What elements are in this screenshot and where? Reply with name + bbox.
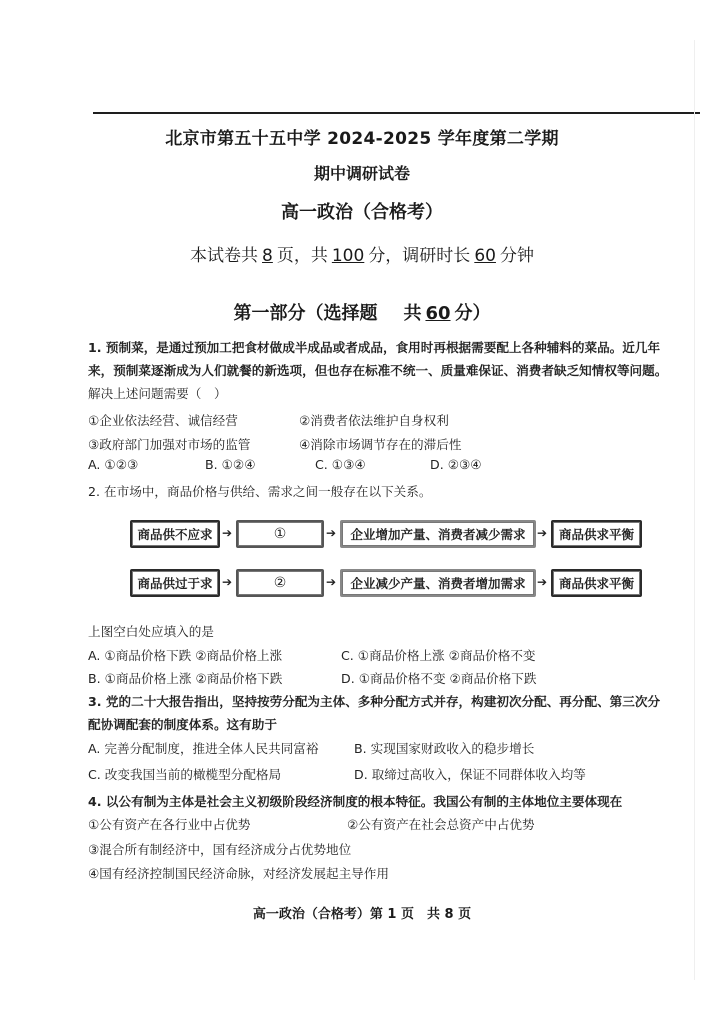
flow-box-increase-supply: 企业增加产量、消费者减少需求 [340,520,536,548]
arrow-icon: ➔ [537,526,547,540]
q4-stem: 4. 以公有制为主体是社会主义初级阶段经济制度的根本特征。我国公有制的主体地位主… [88,791,622,810]
flow-blank-2: ② [236,569,324,597]
q1-item-3: ③政府部门加强对市场的监管 [88,434,250,453]
q2-stem: 2. 在市场中，商品价格与供给、需求之间一般存在以下关系。 [88,481,431,500]
section-title: 第一部分（选择题共60分） [0,299,724,325]
q1-item-4: ④消除市场调节存在的滞后性 [299,434,461,453]
q4-item-4: ④国有经济控制国民经济命脉，对经济发展起主导作用 [88,863,389,882]
info-pages-unit: 页，共 [277,246,328,266]
q1-choice-c: C. ①③④ [315,457,366,472]
info-minutes-unit: 分钟 [500,246,534,266]
section-total-score: 60 [421,303,454,324]
header-rule [93,112,700,114]
q1-choice-a: A. ①②③ [88,457,138,472]
flow-box-balance: 商品供求平衡 [551,520,642,548]
section-total-prefix: 共 [403,303,421,324]
flow-box-surplus: 商品供过于求 [130,569,220,597]
q2-choice-a: A. ①商品价格下跌 ②商品价格上涨 [88,645,282,664]
total-score: 100 [328,246,368,266]
section-label: 第一部分（选择题 [233,303,377,324]
arrow-icon: ➔ [326,575,336,589]
flow-box-decrease-supply: 企业减少产量、消费者增加需求 [340,569,536,597]
q3-stem-line-2: 配协调配套的制度体系。这有助于 [88,714,277,733]
section-total-suffix: 分） [455,303,491,324]
arrow-icon: ➔ [326,526,336,540]
page-footer: 高一政治（合格考）第 1 页 共 8 页 [0,903,724,922]
q1-item-2: ②消费者依法维护自身权利 [299,410,449,429]
flow-box-shortage: 商品供不应求 [130,520,220,548]
exam-name: 期中调研试卷 [0,161,724,184]
q1-item-1: ①企业依法经营、诚信经营 [88,410,238,429]
exam-info: 本试卷共8页，共100分，调研时长60分钟 [0,241,724,266]
q3-choice-d: D. 取缔过高收入，保证不同群体收入均等 [354,764,586,783]
q4-item-1: ①公有资产在各行业中占优势 [88,814,250,833]
q1-stem-line-1: 1. 预制菜，是通过预加工把食材做成半成品或者成品，食用时再根据需要配上各种辅料… [88,337,660,356]
q2-prompt: 上图空白处应填入的是 [88,621,214,640]
q2-choice-c: C. ①商品价格上涨 ②商品价格不变 [341,645,536,664]
q1-choice-b: B. ①②④ [205,457,256,472]
flow-box-balance: 商品供求平衡 [551,569,642,597]
q2-choice-d: D. ①商品价格不变 ②商品价格下跌 [341,668,536,687]
q1-choice-d: D. ②③④ [430,457,482,472]
arrow-icon: ➔ [537,575,547,589]
q3-choice-c: C. 改变我国当前的橄榄型分配格局 [88,764,281,783]
q4-item-3: ③混合所有制经济中，国有经济成分占优势地位 [88,839,351,858]
q4-item-2: ②公有资产在社会总资产中占优势 [347,814,535,833]
q1-stem-line-2: 来，预制菜逐渐成为人们就餐的新选项，但也存在标准不统一、质量难保证、消费者缺乏知… [88,360,667,379]
duration-minutes: 60 [470,246,500,266]
q3-choice-b: B. 实现国家财政收入的稳步增长 [354,738,534,757]
q2-choice-b: B. ①商品价格上涨 ②商品价格下跌 [88,668,282,687]
flow-blank-1: ① [236,520,324,548]
subject-title: 高一政治（合格考） [0,198,724,224]
info-score-unit: 分，调研时长 [368,246,470,266]
info-prefix: 本试卷共 [190,246,258,266]
q1-stem-line-3: 解决上述问题需要（ ） [88,383,227,402]
school-title: 北京市第五十五中学 2024-2025 学年度第二学期 [0,124,724,149]
q3-choice-a: A. 完善分配制度，推进全体人民共同富裕 [88,738,319,757]
arrow-icon: ➔ [222,575,232,589]
arrow-icon: ➔ [222,526,232,540]
page-count: 8 [258,246,277,266]
q3-stem-line-1: 3. 党的二十大报告指出，坚持按劳分配为主体、多种分配方式并存，构建初次分配、再… [88,691,660,710]
